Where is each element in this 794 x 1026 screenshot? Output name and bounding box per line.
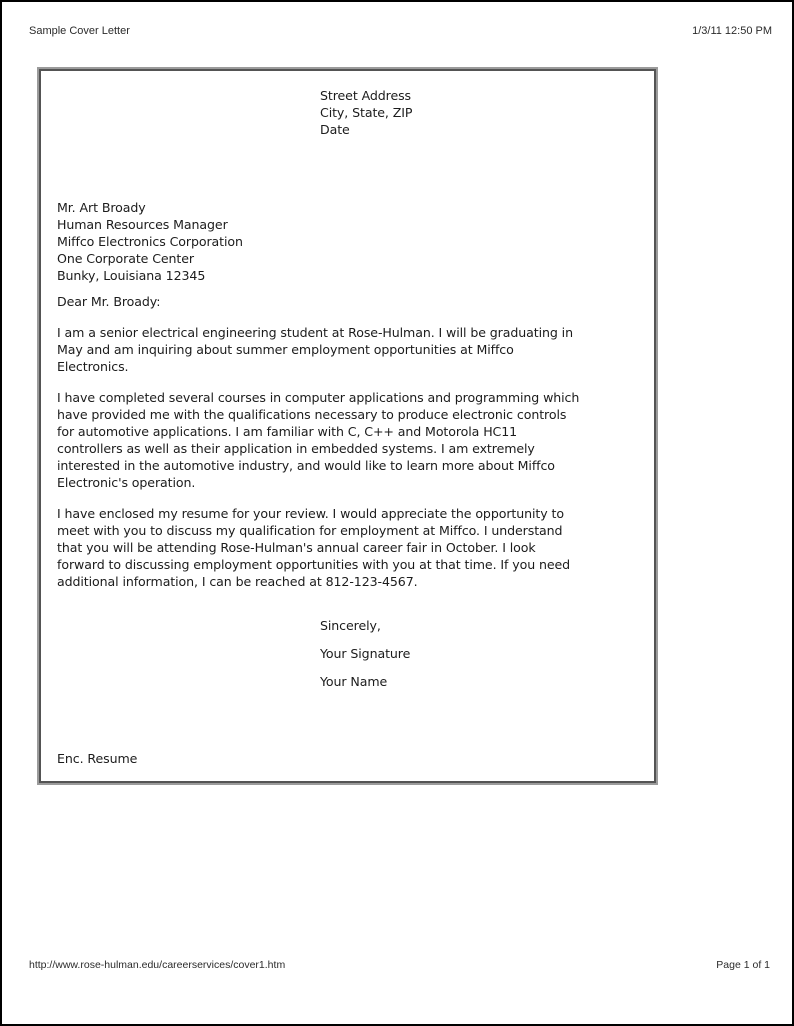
print-header-title: Sample Cover Letter — [29, 25, 130, 37]
print-footer: http://www.rose-hulman.edu/careerservice… — [29, 959, 770, 971]
closing-valediction: Sincerely, — [320, 617, 640, 634]
closing-signature: Your Signature — [320, 645, 640, 662]
print-header-datetime: 1/3/11 12:50 PM — [692, 25, 772, 37]
recipient-street: One Corporate Center — [57, 250, 640, 267]
closing-block: Sincerely, Your Signature Your Name — [320, 617, 640, 690]
letter-paragraph-2: I have completed several courses in comp… — [57, 389, 640, 491]
printed-page: Sample Cover Letter 1/3/11 12:50 PM Stre… — [0, 0, 794, 1026]
recipient-address-block: Mr. Art Broady Human Resources Manager M… — [57, 199, 640, 284]
enclosure-note: Enc. Resume — [57, 750, 640, 767]
salutation: Dear Mr. Broady: — [57, 293, 640, 310]
sender-city-state-zip: City, State, ZIP — [320, 104, 640, 121]
letter-paragraph-3: I have enclosed my resume for your revie… — [57, 505, 640, 590]
closing-name: Your Name — [320, 673, 640, 690]
letter-paragraph-1: I am a senior electrical engineering stu… — [57, 324, 640, 375]
print-header: Sample Cover Letter 1/3/11 12:50 PM — [29, 25, 772, 37]
letter-content: Street Address City, State, ZIP Date Mr.… — [41, 71, 654, 767]
print-footer-page-info: Page 1 of 1 — [716, 959, 770, 971]
sender-address-block: Street Address City, State, ZIP Date — [320, 87, 640, 138]
recipient-name: Mr. Art Broady — [57, 199, 640, 216]
recipient-city-state-zip: Bunky, Louisiana 12345 — [57, 267, 640, 284]
sender-street-address: Street Address — [320, 87, 640, 104]
recipient-company: Miffco Electronics Corporation — [57, 233, 640, 250]
letter-border-box: Street Address City, State, ZIP Date Mr.… — [37, 67, 658, 785]
print-footer-url: http://www.rose-hulman.edu/careerservice… — [29, 959, 285, 971]
sender-date: Date — [320, 121, 640, 138]
recipient-title: Human Resources Manager — [57, 216, 640, 233]
letter-inner-border: Street Address City, State, ZIP Date Mr.… — [39, 69, 656, 783]
